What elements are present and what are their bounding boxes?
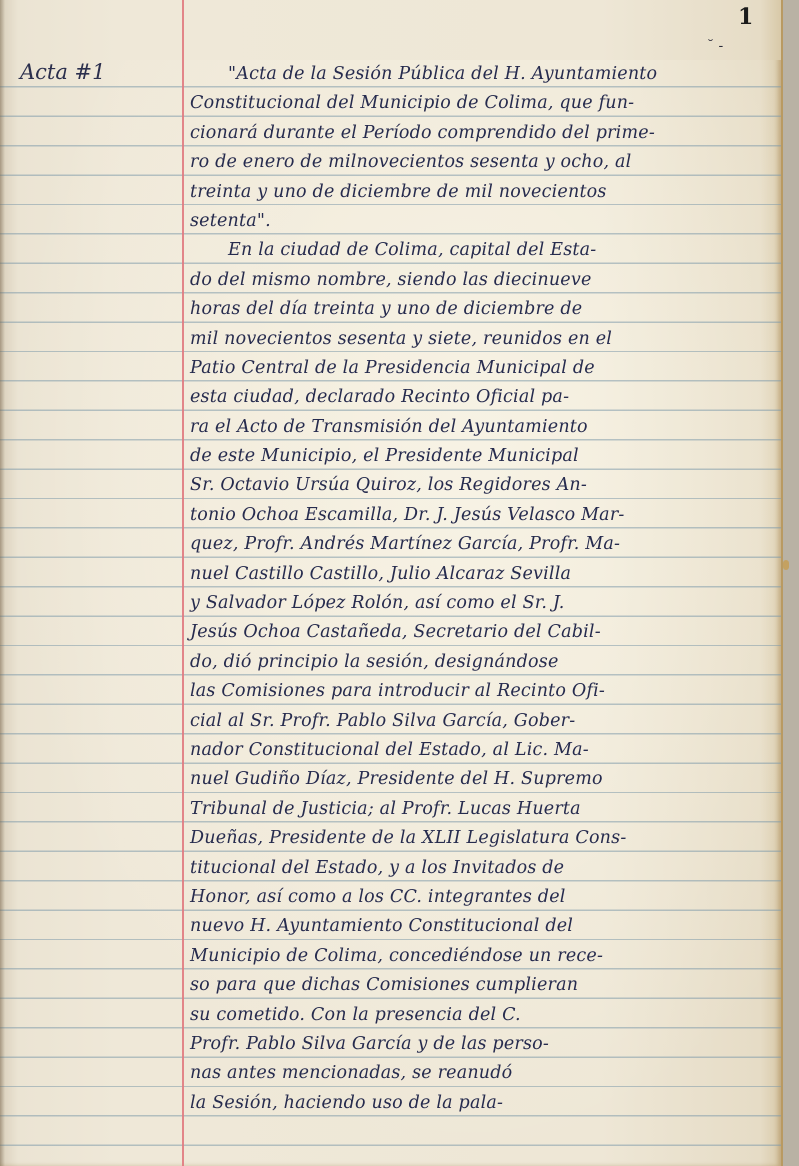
text-line: Jesús Ochoa Castañeda, Secretario del Ca… [190, 618, 770, 647]
text-line: do del mismo nombre, siendo las diecinue… [190, 266, 770, 295]
text-line: nuevo H. Ayuntamiento Constitucional del [190, 912, 770, 941]
text-line: titucional del Estado, y a los Invitados… [190, 854, 770, 883]
text-line: nas antes mencionadas, se reanudó [190, 1059, 770, 1088]
text-line: tonio Ochoa Escamilla, Dr. J. Jesús Vela… [190, 501, 770, 530]
text-line: la Sesión, haciendo uso de la pala- [190, 1089, 770, 1118]
text-line: "Acta de la Sesión Pública del H. Ayunta… [190, 60, 770, 89]
text-line: mil novecientos sesenta y siete, reunido… [190, 325, 770, 354]
text-line: cial al Sr. Profr. Pablo Silva García, G… [190, 707, 770, 736]
text-line: su cometido. Con la presencia del C. [190, 1001, 770, 1030]
text-line: Profr. Pablo Silva García y de las perso… [190, 1030, 770, 1059]
red-margin-line [182, 0, 184, 1166]
margin-label-acta: Acta #1 [20, 60, 106, 84]
page-binding-shadow [0, 0, 5, 1166]
text-line: de este Municipio, el Presidente Municip… [190, 442, 770, 471]
text-line: cionará durante el Período comprendido d… [190, 119, 770, 148]
text-line: nador Constitucional del Estado, al Lic.… [190, 736, 770, 765]
text-line: Dueñas, Presidente de la XLII Legislatur… [190, 824, 770, 853]
text-line: ra el Acto de Transmisión del Ayuntamien… [190, 413, 770, 442]
text-line: quez, Profr. Andrés Martínez García, Pro… [190, 530, 770, 559]
text-line: Tribunal de Justicia; al Profr. Lucas Hu… [190, 795, 770, 824]
text-line: y Salvador López Rolón, así como el Sr. … [190, 589, 770, 618]
text-line: nuel Castillo Castillo, Julio Alcaraz Se… [190, 560, 770, 589]
text-line: Constitucional del Municipio de Colima, … [190, 89, 770, 118]
handwritten-minutes: "Acta de la Sesión Pública del H. Ayunta… [190, 60, 770, 1118]
stray-mark: ˘ - [707, 38, 723, 54]
text-line: do, dió principio la sesión, designándos… [190, 648, 770, 677]
text-line: setenta". [190, 207, 770, 236]
text-line: Municipio de Colima, concediéndose un re… [190, 942, 770, 971]
page-number: 1 [738, 4, 753, 30]
ledger-page: 1 ˘ - Acta #1 "Acta de la Sesión Pública… [0, 0, 783, 1166]
text-line: so para que dichas Comisiones cumplieran [190, 971, 770, 1000]
text-line: nuel Gudiño Díaz, Presidente del H. Supr… [190, 765, 770, 794]
text-line: Sr. Octavio Ursúa Quiroz, los Regidores … [190, 471, 770, 500]
text-line: Honor, así como a los CC. integrantes de… [190, 883, 770, 912]
text-line: Patio Central de la Presidencia Municipa… [190, 354, 770, 383]
paper-stain [783, 560, 789, 570]
text-line: las Comisiones para introducir al Recint… [190, 677, 770, 706]
text-line: ro de enero de milnovecientos sesenta y … [190, 148, 770, 177]
text-line: treinta y uno de diciembre de mil noveci… [190, 178, 770, 207]
text-line: horas del día treinta y uno de diciembre… [190, 295, 770, 324]
text-line: En la ciudad de Colima, capital del Esta… [190, 236, 770, 265]
text-line: esta ciudad, declarado Recinto Oficial p… [190, 383, 770, 412]
